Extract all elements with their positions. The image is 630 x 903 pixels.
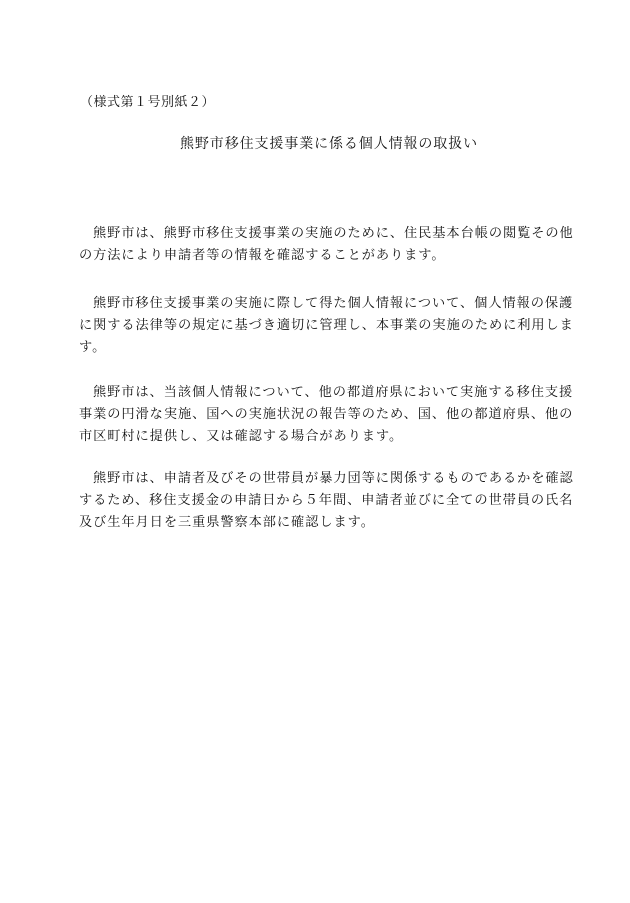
paragraph-line: 熊野市は、当該個人情報について、他の都道府県において実施する移住支援 (79, 382, 549, 404)
paragraph-management-of-information: 熊野市移住支援事業の実施に際して得た個人情報について、個人情報の保護 に関する法… (79, 293, 549, 359)
paragraph-line: 市区町村に提供し、又は確認する場合があります。 (79, 426, 549, 448)
paragraph-line: 熊野市は、申請者及びその世帯員が暴力団等に関係するものであるかを確認 (79, 468, 549, 490)
paragraph-police-verification: 熊野市は、申請者及びその世帯員が暴力団等に関係するものであるかを確認 するため、… (79, 468, 549, 534)
paragraph-line: の方法により申請者等の情報を確認することがあります。 (79, 245, 549, 267)
paragraph-line: 及び生年月日を三重県警察本部に確認します。 (79, 512, 549, 534)
form-label: （様式第１号別紙２） (80, 94, 215, 112)
document-title: 熊野市移住支援事業に係る個人情報の取扱い (180, 134, 478, 154)
paragraph-line: 熊野市は、熊野市移住支援事業の実施のために、住民基本台帳の閲覧その他 (79, 223, 549, 245)
paragraph-line: に関する法律等の規定に基づき適切に管理し、本事業の実施のために利用しま (79, 315, 549, 337)
paragraph-line: す。 (79, 337, 549, 359)
paragraph-collection-of-information: 熊野市は、熊野市移住支援事業の実施のために、住民基本台帳の閲覧その他 の方法によ… (79, 223, 549, 267)
paragraph-line: するため、移住支援金の申請日から５年間、申請者並びに全ての世帯員の氏名 (79, 490, 549, 512)
document-page: （様式第１号別紙２） 熊野市移住支援事業に係る個人情報の取扱い 熊野市は、熊野市… (0, 0, 630, 903)
paragraph-line: 熊野市移住支援事業の実施に際して得た個人情報について、個人情報の保護 (79, 293, 549, 315)
paragraph-line: 事業の円滑な実施、国への実施状況の報告等のため、国、他の都道府県、他の (79, 404, 549, 426)
paragraph-provision-to-third-parties: 熊野市は、当該個人情報について、他の都道府県において実施する移住支援 事業の円滑… (79, 382, 549, 448)
